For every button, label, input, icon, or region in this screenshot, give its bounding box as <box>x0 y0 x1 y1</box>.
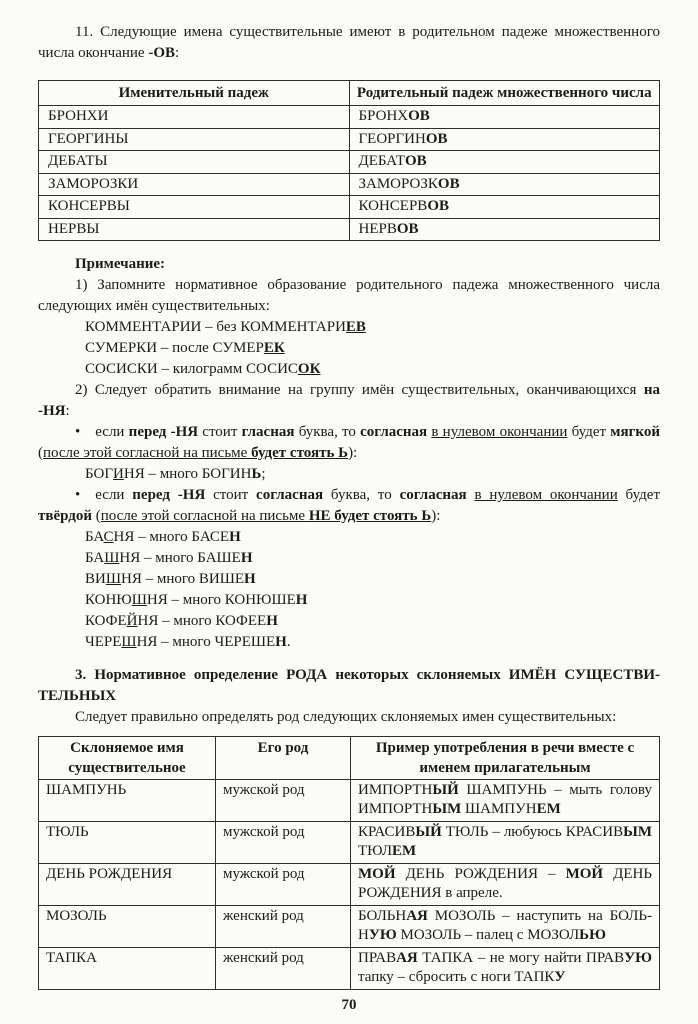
gender-table: Склоняемое имя существительное Его род П… <box>38 736 660 990</box>
page-number: 70 <box>38 995 660 1016</box>
t2-cell-noun: ТЮЛЬ <box>39 822 216 864</box>
table-row: ДЕНЬ РОЖДЕНИЯ мужской род МОЙ ДЕНЬ РОЖДЕ… <box>39 864 660 906</box>
table-row: КОНСЕРВЫ КОНСЕРВОВ <box>39 196 660 219</box>
t1-cell-genitive: НЕРВОВ <box>349 218 660 241</box>
t2-cell-example: МОЙ ДЕНЬ РОЖДЕНИЯ – МОЙ ДЕНЬ РОЖДЕНИЯ в … <box>351 864 660 906</box>
t2-cell-example: ИМПОРТНЫЙ ШАМПУНЬ – мыть голову ИМПОРТНЫ… <box>351 780 660 822</box>
example-line: ВИШНЯ – много ВИШЕН <box>85 569 660 590</box>
t1-cell-genitive: ДЕБАТОВ <box>349 151 660 174</box>
t1-cell-genitive: ЗАМОРОЗКОВ <box>349 173 660 196</box>
t1-cell-nominative: ДЕБАТЫ <box>39 151 350 174</box>
example-line: БОГИНЯ – много БОГИНЬ; <box>85 464 660 485</box>
note-examples-group-1: КОММЕНТАРИИ – без КОММЕНТАРИЕВ СУМЕРКИ –… <box>38 317 660 380</box>
t2-cell-gender: женский род <box>216 948 351 990</box>
table-row: МОЗОЛЬ женский род БОЛЬНАЯ МОЗОЛЬ – наст… <box>39 906 660 948</box>
t1-header-nominative: Именительный падеж <box>39 81 350 106</box>
note-examples-group-2: БАСНЯ – много БАСЕН БАШНЯ – много БАШЕН … <box>38 527 660 653</box>
note-item-1: 1) Запомните нормативное образование род… <box>38 275 660 317</box>
t2-cell-gender: женский род <box>216 906 351 948</box>
t2-cell-example: БОЛЬНАЯ МОЗОЛЬ – наступить на БОЛЬ­НУЮ М… <box>351 906 660 948</box>
t1-cell-nominative: БРОНХИ <box>39 106 350 129</box>
note-item-2: 2) Следует обратить внимание на группу и… <box>38 380 660 422</box>
example-line: СОСИСКИ – килограмм СОСИСОК <box>85 359 660 380</box>
t1-cell-nominative: ГЕОРГИНЫ <box>39 128 350 151</box>
example-line: ЧЕРЕШНЯ – много ЧЕРЕШЕН. <box>85 632 660 653</box>
t1-cell-nominative: ЗАМОРОЗКИ <box>39 173 350 196</box>
t1-cell-nominative: КОНСЕРВЫ <box>39 196 350 219</box>
note-bullet-soft: • если перед -НЯ стоит гласная буква, то… <box>38 422 660 464</box>
t2-header-example: Пример употребления в речи вместе с имен… <box>351 737 660 780</box>
paragraph-11-intro: 11. Следующие имена существительные имею… <box>38 22 660 64</box>
table-row: ГЕОРГИНЫ ГЕОРГИНОВ <box>39 128 660 151</box>
table-header-row: Склоняемое имя существительное Его род П… <box>39 737 660 780</box>
genitive-plural-table: Именительный падеж Родительный падеж мно… <box>38 80 660 241</box>
t1-cell-genitive: ГЕОРГИНОВ <box>349 128 660 151</box>
t1-cell-nominative: НЕРВЫ <box>39 218 350 241</box>
t1-cell-genitive: БРОНХОВ <box>349 106 660 129</box>
t2-cell-noun: ТАПКА <box>39 948 216 990</box>
example-line: БАШНЯ – много БАШЕН <box>85 548 660 569</box>
note-bullet-hard: • если перед -НЯ стоит согласная буква, … <box>38 485 660 527</box>
t2-cell-noun: ШАМПУНЬ <box>39 780 216 822</box>
table-row: ДЕБАТЫ ДЕБАТОВ <box>39 151 660 174</box>
t1-header-genitive: Родительный падеж множественного числа <box>349 81 660 106</box>
note-title: Примечание: <box>38 254 660 275</box>
section-3-intro: Следует правильно определять род следующ… <box>38 707 660 728</box>
table-row: БРОНХИ БРОНХОВ <box>39 106 660 129</box>
t1-cell-genitive: КОНСЕРВОВ <box>349 196 660 219</box>
table-row: НЕРВЫ НЕРВОВ <box>39 218 660 241</box>
table-row: ЗАМОРОЗКИ ЗАМОРОЗКОВ <box>39 173 660 196</box>
t2-header-gender: Его род <box>216 737 351 780</box>
t2-cell-noun: МОЗОЛЬ <box>39 906 216 948</box>
t2-cell-example: ПРАВАЯ ТАПКА – не могу найти ПРА­ВУЮ тап… <box>351 948 660 990</box>
example-line: КОФЕЙНЯ – много КОФЕЕН <box>85 611 660 632</box>
example-line: КОММЕНТАРИИ – без КОММЕНТАРИЕВ <box>85 317 660 338</box>
t2-cell-gender: мужской род <box>216 780 351 822</box>
example-line: СУМЕРКИ – после СУМЕРЕК <box>85 338 660 359</box>
document-page: 11. Следующие имена существительные имею… <box>0 0 698 1024</box>
example-line: БАСНЯ – много БАСЕН <box>85 527 660 548</box>
example-line: КОНЮШНЯ – много КОНЮШЕН <box>85 590 660 611</box>
t2-cell-gender: мужской род <box>216 864 351 906</box>
t2-header-noun: Склоняемое имя существительное <box>39 737 216 780</box>
table-header-row: Именительный падеж Родительный падеж мно… <box>39 81 660 106</box>
section-3-heading: 3. Нормативное определение РОДА некоторы… <box>38 665 660 707</box>
table-row: ТЮЛЬ мужской род КРАСИВЫЙ ТЮЛЬ – любуюсь… <box>39 822 660 864</box>
table-row: ШАМПУНЬ мужской род ИМПОРТНЫЙ ШАМПУНЬ – … <box>39 780 660 822</box>
t2-cell-gender: мужской род <box>216 822 351 864</box>
t2-cell-noun: ДЕНЬ РОЖДЕНИЯ <box>39 864 216 906</box>
table-row: ТАПКА женский род ПРАВАЯ ТАПКА – не могу… <box>39 948 660 990</box>
t2-cell-example: КРАСИВЫЙ ТЮЛЬ – любуюсь КРАСИ­ВЫМ ТЮЛЕМ <box>351 822 660 864</box>
